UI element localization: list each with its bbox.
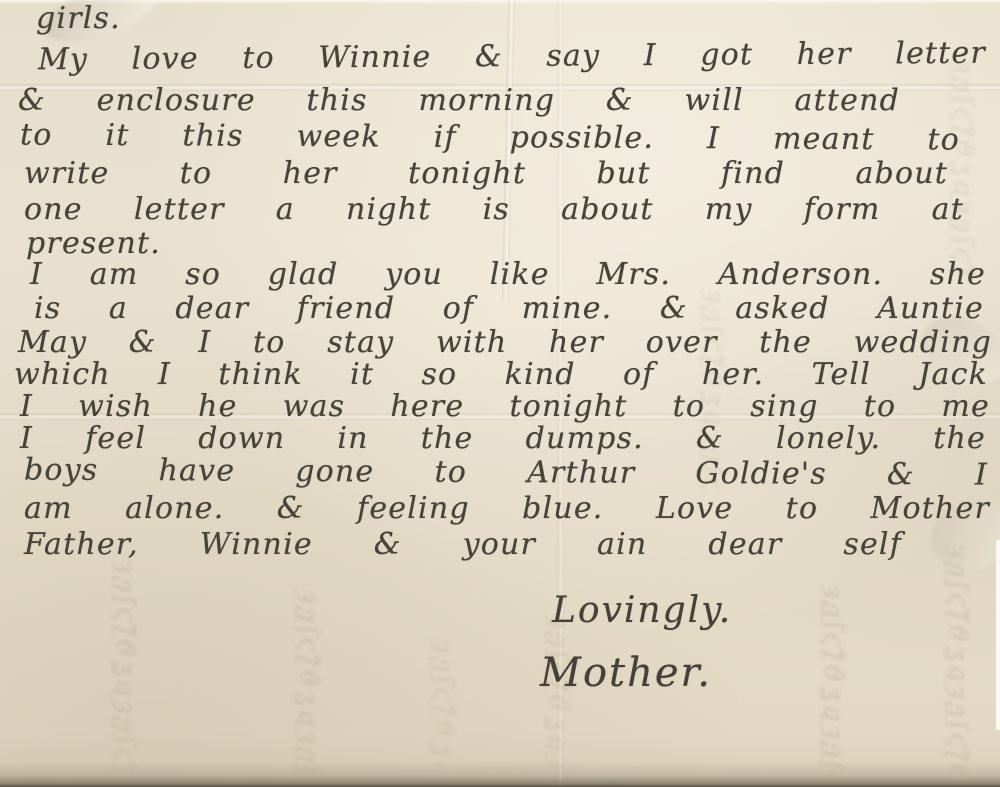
letter-line: present. (26, 227, 161, 261)
letter-line: to it this week if possible. I meant to (20, 119, 960, 158)
letter-line: Father, Winnie & your ain dear self (24, 528, 902, 562)
bleedthrough-texture: ȝეʃϛƪϑʓɋȝეʃϛƪϑʓɋȝეʃϛƪϑʓɋȝეʃϛƪϑʓɋȝეʃϛƪϑʓɋ… (430, 640, 456, 770)
paper-bottom-edge (0, 761, 1000, 787)
bleedthrough-texture: ȝეʃϛƪϑʓɋȝეʃϛƪϑʓɋȝეʃϛƪϑʓɋȝეʃϛƪϑʓɋȝეʃϛƪϑʓɋ… (112, 560, 138, 770)
letter-page: ȝეʃϛƪϑʓɋȝეʃϛƪϑʓɋȝეʃϛƪϑʓɋȝეʃϛƪϑʓɋȝეʃϛƪϑʓɋ… (0, 0, 1000, 787)
letter-line: My love to Winnie & say I got her letter (38, 37, 986, 78)
valediction: Lovingly. (552, 590, 732, 631)
letter-line: is a dear friend of mine. & asked Auntie (34, 292, 984, 326)
letter-line: I am so glad you like Mrs. Anderson. she (30, 258, 986, 292)
letter-line: & enclosure this morning & will attend (18, 84, 900, 118)
scan-edge-right (996, 540, 1000, 730)
letter-line: girls. (36, 2, 121, 36)
letter-line: write to her tonight but find about (24, 157, 948, 191)
letter-line: one letter a night is about my form at (24, 193, 964, 227)
bleedthrough-texture: ȝეʃϛƪϑʓɋȝეʃϛƪϑʓɋȝეʃϛƪϑʓɋȝეʃϛƪϑʓɋȝეʃϛƪϑʓɋ… (820, 585, 846, 780)
bleedthrough-texture: ȝეʃϛƪϑʓɋȝეʃϛƪϑʓɋȝეʃϛƪϑʓɋȝეʃϛƪϑʓɋȝეʃϛƪϑʓɋ… (945, 545, 971, 780)
letter-line: boys have gone to Arthur Goldie's & I (24, 453, 988, 492)
letter-line: am alone. & feeling blue. Love to Mother (24, 492, 990, 526)
letter-line: May & I to stay with her over the weddin… (18, 326, 992, 360)
letter-line: I wish he was here tonight to sing to me (20, 390, 990, 424)
letter-line: I feel down in the dumps. & lonely. the (20, 422, 986, 456)
letter-line: which I think it so kind of her. Tell Ja… (14, 358, 988, 392)
bleedthrough-texture: ȝეʃϛƪϑʓɋȝეʃϛƪϑʓɋȝეʃϛƪϑʓɋȝეʃϛƪϑʓɋȝეʃϛƪϑʓɋ… (950, 60, 976, 280)
signature: Mother. (540, 650, 712, 696)
bleedthrough-texture: ȝეʃϛƪϑʓɋȝეʃϛƪϑʓɋȝეʃϛƪϑʓɋȝეʃϛƪϑʓɋȝეʃϛƪϑʓɋ… (295, 590, 321, 775)
